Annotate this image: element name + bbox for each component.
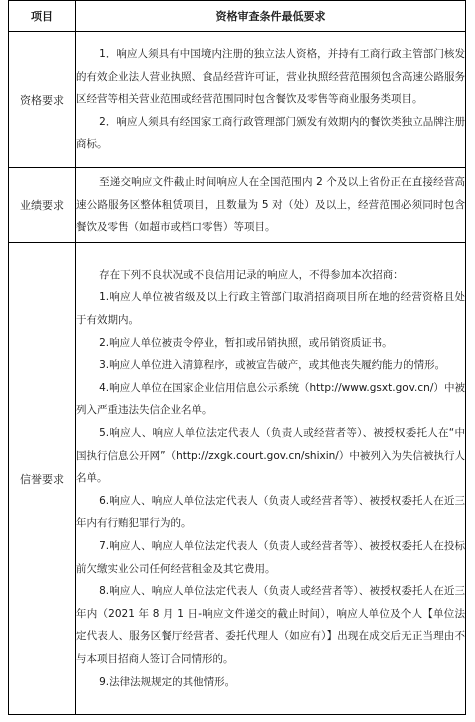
paragraph: 至递交响应文件截止时间响应人在全国范围内 2 个及以上省份正在直接经营高速公路服… <box>76 171 465 239</box>
paragraph: 2.响应人单位被责令停业，暂扣或吊销执照，或吊销资质证书。 <box>76 332 465 355</box>
row-content: 至递交响应文件截止时间响应人在全国范围内 2 个及以上省份正在直接经营高速公路服… <box>76 168 466 243</box>
paragraph: 5.响应人、响应人单位法定代表人（负责人或经营者等）、被授权委托人在“中国执行信… <box>76 422 465 490</box>
paragraph: 存在下列不良状况或不良信用记录的响应人，不得参加本次招商： <box>76 264 465 287</box>
paragraph: 4.响应人单位在国家企业信用信息公示系统（http://www.gsxt.gov… <box>76 377 465 422</box>
paragraph: 1.响应人单位被省级及以上行政主管部门取消招商项目所在地的经营资格且处于有效期内… <box>76 286 465 331</box>
table-row-qualification: 资格要求 1．响应人须具有中国境内注册的独立法人资格，并持有工商行政主管部门核发… <box>9 32 466 168</box>
table-header-row: 项目 资格审查条件最低要求 <box>9 1 466 32</box>
row-content: 存在下列不良状况或不良信用记录的响应人，不得参加本次招商： 1.响应人单位被省级… <box>76 243 466 715</box>
paragraph: 8.响应人、响应人单位法定代表人（负责人或经营者等）、被授权委托人在近三年内（2… <box>76 580 465 670</box>
table-row-performance: 业绩要求 至递交响应文件截止时间响应人在全国范围内 2 个及以上省份正在直接经营… <box>9 168 466 243</box>
qualification-table: 项目 资格审查条件最低要求 资格要求 1．响应人须具有中国境内注册的独立法人资格… <box>8 0 466 715</box>
paragraph: 7.响应人、响应人单位法定代表人（负责人或经营者等）、被授权委托人在投标前欠缴实… <box>76 535 465 580</box>
paragraph: 3.响应人单位进入清算程序，或被宣告破产，或其他丧失履约能力的情形。 <box>76 354 465 377</box>
paragraph: 6.响应人、响应人单位法定代表人（负责人或经营者等）、被授权委托人在近三年内有行… <box>76 490 465 535</box>
row-label: 业绩要求 <box>9 168 76 243</box>
table-row-credit: 信誉要求 存在下列不良状况或不良信用记录的响应人，不得参加本次招商： 1.响应人… <box>9 243 466 715</box>
row-label: 信誉要求 <box>9 243 76 715</box>
row-label: 资格要求 <box>9 32 76 168</box>
paragraph: 1．响应人须具有中国境内注册的独立法人资格，并持有工商行政主管部门核发的有效企业… <box>76 43 465 111</box>
paragraph: 9.法律法规规定的其他情形。 <box>76 671 465 694</box>
row-content: 1．响应人须具有中国境内注册的独立法人资格，并持有工商行政主管部门核发的有效企业… <box>76 32 466 168</box>
paragraph: 2．响应人须具有经国家工商行政管理部门颁发有效期内的餐饮类独立品牌注册商标。 <box>76 111 465 156</box>
header-requirement: 资格审查条件最低要求 <box>76 1 466 32</box>
header-item: 项目 <box>9 1 76 32</box>
